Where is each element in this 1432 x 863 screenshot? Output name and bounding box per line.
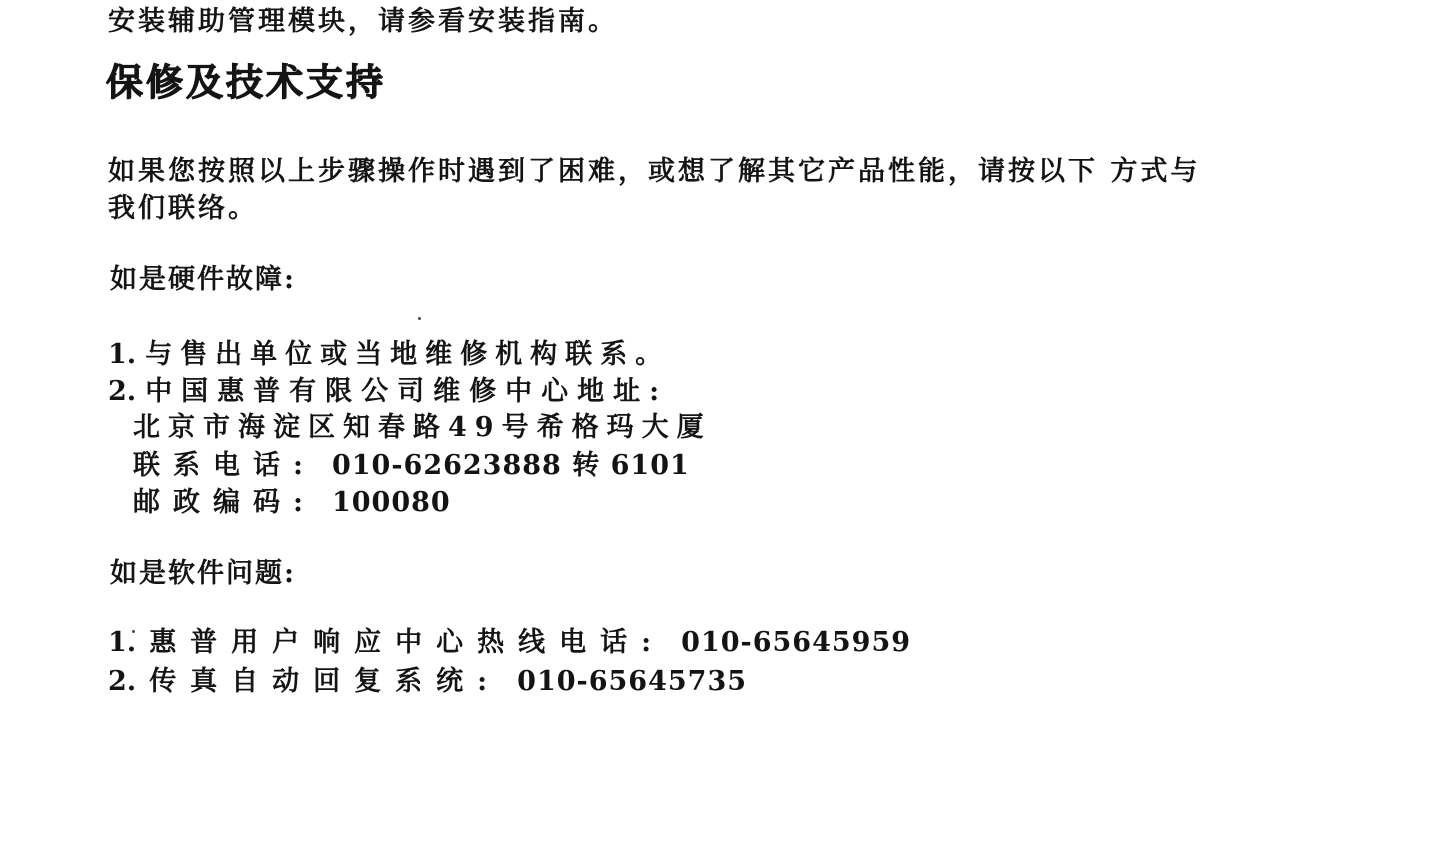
scan-artifact-dot [132,630,135,633]
hardware-item-1-text: 与售出单位或当地维修机构联系。 [145,339,670,370]
address-text: 北京市海淀区知春路49号希格玛大厦 [133,412,712,443]
postal-code: 100080 [332,487,451,518]
list-number: 2. [108,666,136,697]
list-number: 2. [108,376,136,407]
postal-label: 邮政编码: [133,487,316,518]
software-issue-label: 如是软件问题: [110,558,296,589]
list-number: 1. [108,339,136,370]
intro-sentence: 安装辅助管理模块，请参看安装指南。 [108,6,618,37]
section-heading: 保修及技术支持 [106,62,386,105]
software-item-2-label: 传真自动回复系统: [149,666,501,697]
software-list-item-2: 2.传真自动回复系统:010-65645735 [108,666,747,697]
hardware-list-item-1: 1.与售出单位或当地维修机构联系。 [108,339,670,370]
paragraph-line-1: 如果您按照以上步骤操作时遇到了困难，或想了解其它产品性能，请按以下 方式与 [108,156,1200,187]
contact-phone-line: 联系电话:010-62623888 转 6101 [133,450,690,481]
scanned-document-page: 安装辅助管理模块，请参看安装指南。 保修及技术支持 如果您按照以上步骤操作时遇到… [0,0,1432,863]
phone-number: 010-62623888 转 6101 [332,450,690,481]
paragraph-line-2: 我们联络。 [108,193,258,224]
scan-artifact-dot [418,317,421,320]
hardware-item-2-text: 中国惠普有限公司维修中心地址: [145,376,668,407]
hardware-list-item-2: 2.中国惠普有限公司维修中心地址: [108,376,668,407]
software-list-item-1: 1.惠普用户响应中心热线电话:010-65645959 [108,627,911,658]
hotline-number: 010-65645959 [681,627,911,658]
hardware-issue-label: 如是硬件故障: [110,264,296,295]
fax-number: 010-65645735 [517,666,747,697]
postal-code-line: 邮政编码:100080 [133,487,451,518]
software-item-1-label: 惠普用户响应中心热线电话: [149,627,665,658]
service-center-address: 北京市海淀区知春路49号希格玛大厦 [133,412,712,443]
phone-label: 联系电话: [133,450,316,481]
